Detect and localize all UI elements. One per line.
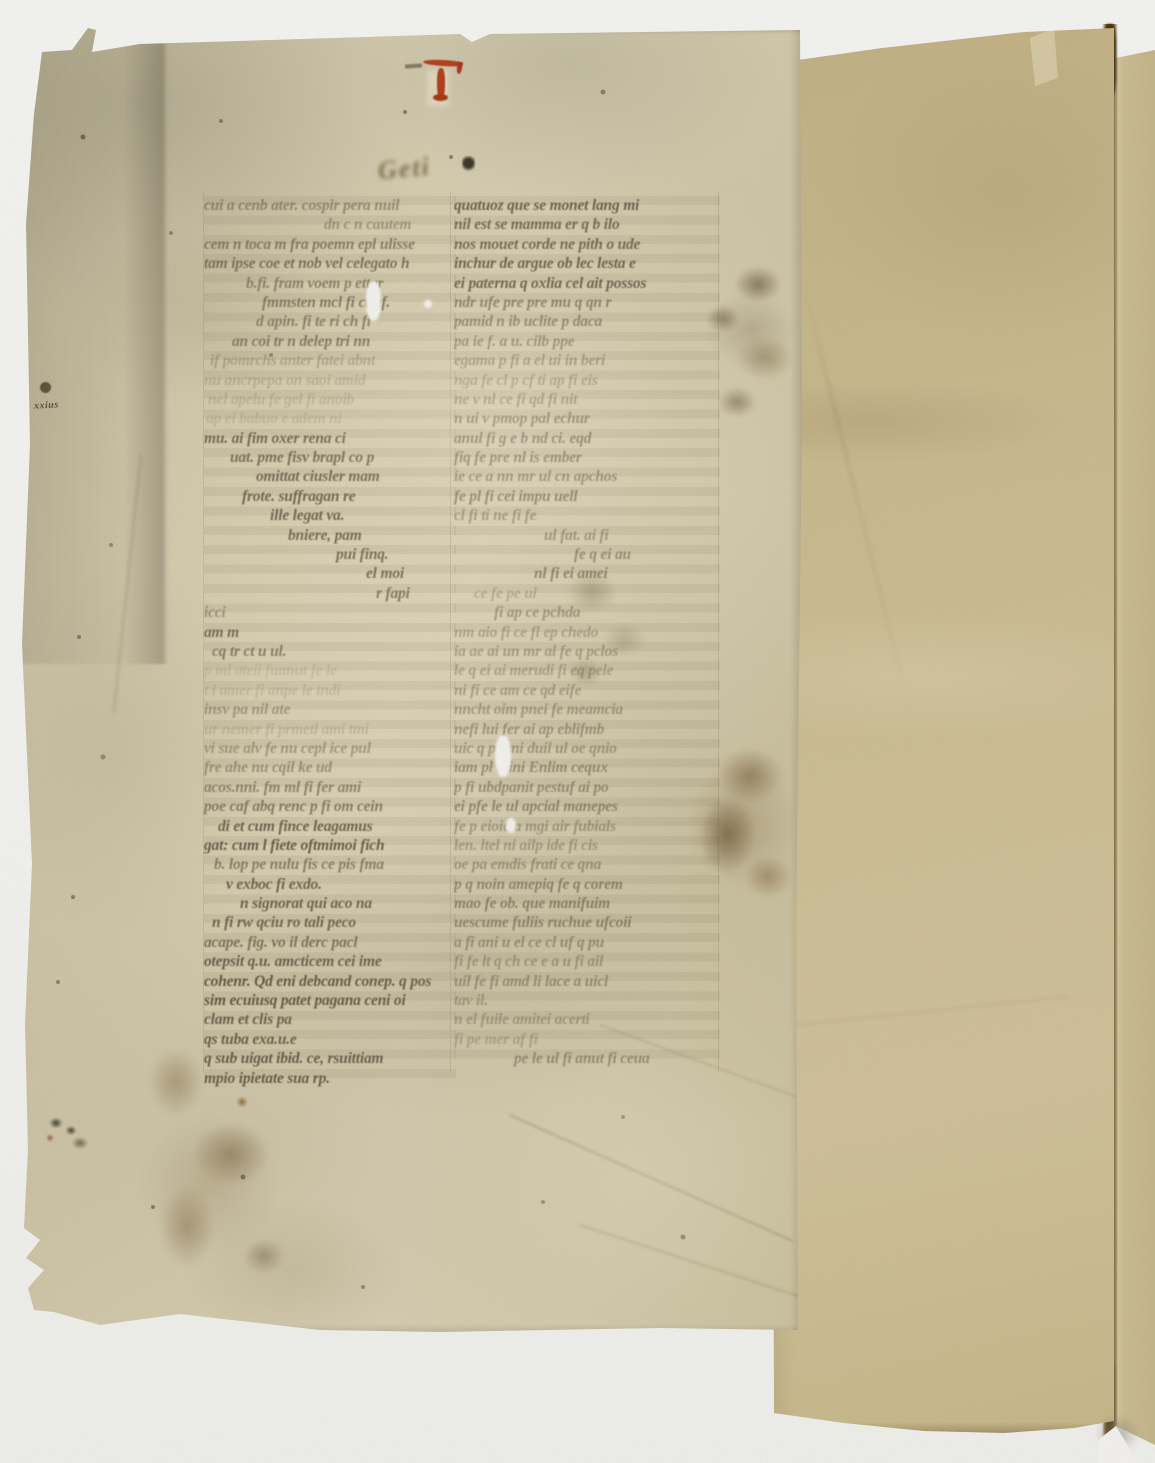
manuscript-text-line: le q ei ai merudi fi eq pele bbox=[454, 661, 720, 680]
manuscript-text-line: pe le ul fi anut fi ceua bbox=[454, 1049, 720, 1068]
manuscript-text-line: egama p fi a el ui in beri bbox=[454, 351, 720, 370]
rubric-hook-stroke bbox=[456, 62, 463, 75]
manuscript-text-line: t i amer fi anpe le tndi bbox=[204, 681, 456, 700]
paper-flyleaf bbox=[762, 26, 1114, 1438]
ink-spots-left-edge bbox=[38, 1108, 98, 1158]
manuscript-text-line: a fi ani u el ce cl uf q pu bbox=[454, 933, 720, 952]
flyleaf-crease bbox=[773, 995, 1072, 1028]
manuscript-text-line: fi pe mer af fi bbox=[454, 1030, 720, 1049]
manuscript-text-line: ne v nl ce fi qd fi nit bbox=[454, 390, 720, 409]
manuscript-text-line: an coi tr n delep tri nn bbox=[204, 332, 456, 351]
manuscript-text-line: tav il. bbox=[454, 991, 720, 1010]
parchment-leaf: Geti xxius cui a cenb ater. cospir pera … bbox=[20, 24, 804, 1336]
manuscript-text-line: pa ie f. a u. cilb ppe bbox=[454, 332, 720, 351]
manuscript-text-line: dn c n cautem bbox=[204, 215, 456, 234]
manuscript-text-line: mu. ai fim oxer rena ci bbox=[204, 429, 456, 448]
rubric-foot-stroke bbox=[433, 94, 448, 101]
manuscript-text-line: nel apelu fe gel fi anoib bbox=[204, 390, 456, 409]
manuscript-text-line: ille legat va. bbox=[204, 506, 456, 525]
manuscript-text-line: nil est se mamma er q b ilo bbox=[454, 215, 720, 234]
manuscript-text-line: oe pa emdis frati ce qna bbox=[454, 855, 720, 874]
manuscript-text-line: n fi rw qciu ro tali peco bbox=[204, 913, 456, 932]
manuscript-text-line: uescume fuliis ruchue ufcoii bbox=[454, 913, 720, 932]
manuscript-text-line: cem n toca m fra poemn epl ulisse bbox=[204, 235, 456, 254]
manuscript-text-line: ie ce a nn mr ul cn apchos bbox=[454, 467, 720, 486]
manuscript-text-line: anul fi g e b nd ci. eqd bbox=[454, 429, 720, 448]
manuscript-text-line: v exboc fi exdo. bbox=[204, 875, 456, 894]
marginal-note: xxius bbox=[34, 399, 59, 411]
manuscript-text-line: nga fe cl p cf ti ap fi eis bbox=[454, 371, 720, 390]
manuscript-text-line: el moi bbox=[204, 564, 456, 583]
manuscript-text-line: fe p eioicia mgi air fubials bbox=[454, 817, 720, 836]
manuscript-text-line: iam pl mini Enlim cequx bbox=[454, 758, 720, 777]
manuscript-text-line: quatuoz que se monet lang mi bbox=[454, 196, 720, 215]
manuscript-text-line: cq tr ct u ul. bbox=[204, 642, 456, 661]
manuscript-text-line: omittat ciusler mam bbox=[204, 467, 456, 486]
manuscript-text-line: bniere, pam bbox=[204, 526, 456, 545]
manuscript-text-line: frote. suffragan re bbox=[204, 487, 456, 506]
manuscript-text-line: mao fe ob. que manifuim bbox=[454, 894, 720, 913]
bottom-edge-shading bbox=[20, 1324, 804, 1336]
manuscript-text-line: nm aio fi ce fl ep chedo bbox=[454, 623, 720, 642]
flaked-hole bbox=[495, 735, 511, 777]
manuscript-text-line: uic q pl ani duil ul oe qnio bbox=[454, 739, 720, 758]
manuscript-text-line: nos mouet corde ne pith o ude bbox=[454, 235, 720, 254]
rubric-gray-dash bbox=[405, 63, 422, 68]
manuscript-text-line: b. lop pe nulu fis ce pis fma bbox=[204, 855, 456, 874]
manuscript-text-line: icci bbox=[204, 603, 456, 622]
manuscript-text-line: sim ecuiusq patet pagana ceni oi bbox=[204, 991, 456, 1010]
manuscript-text-line: clam et clis pa bbox=[204, 1010, 456, 1029]
manuscript-text-line: n ui v pmop pal echur bbox=[454, 409, 720, 428]
manuscript-text-line: ia ae ai un mr al fe q pclos bbox=[454, 642, 720, 661]
manuscript-text-line: p fi ubdpanit pestuf ai po bbox=[454, 778, 720, 797]
manuscript-text-line: nefi lui fer ai ap eblifmb bbox=[454, 720, 720, 739]
flaked-hole bbox=[506, 818, 516, 833]
manuscript-text-line: r fapi bbox=[204, 584, 456, 603]
manuscript-text-line: cl fi ti ne fi fe bbox=[454, 506, 720, 525]
manuscript-text-line: ce fe pe ul bbox=[454, 584, 720, 603]
manuscript-text-line: fe pl fi cei impu uell bbox=[454, 487, 720, 506]
manuscript-text-line: qs tuba exa.u.e bbox=[204, 1030, 456, 1049]
text-column-left: cui a cenb ater. cospir pera nuildn c n … bbox=[204, 196, 456, 1088]
manuscript-text-line: fre ahe nu cqil ke ud bbox=[204, 758, 456, 777]
manuscript-text-line: ni fi ce am ce qd eife bbox=[454, 681, 720, 700]
manuscript-text-line: mpio ipietate sua rp. bbox=[204, 1069, 456, 1088]
manuscript-text-line: uil fe fi amd li lace a uicl bbox=[454, 972, 720, 991]
manuscript-text-line: fi fe lt q ch ce e a u fi ail bbox=[454, 952, 720, 971]
manuscript-text-line: nu ancrpepa on saoi amid bbox=[204, 371, 456, 390]
manuscript-text-line: uat. pme fisv brapl co p bbox=[204, 448, 456, 467]
margin-ink-dot bbox=[40, 382, 51, 393]
manuscript-text-line: gat: cum l fiete oftmimoi fich bbox=[204, 836, 456, 855]
manuscript-text-line: nncht oim pnei fe meamcia bbox=[454, 700, 720, 719]
rust-spot bbox=[236, 1096, 248, 1108]
manuscript-text-line: fmmsten mcl fi ct uf. bbox=[204, 293, 456, 312]
manuscript-text-line: fe q ei au bbox=[454, 545, 720, 564]
manuscript-text-line: if pomrchs anter fatei abnt bbox=[204, 351, 456, 370]
manuscript-text-line: insv pa nil ate bbox=[204, 700, 456, 719]
manuscript-text-line: pamid n ib uclite p daca bbox=[454, 312, 720, 331]
manuscript-text-line: inchur de argue ob lec lesta e bbox=[454, 254, 720, 273]
manuscript-text-line: ul fat. ai fi bbox=[454, 526, 720, 545]
flaked-hole bbox=[424, 300, 432, 308]
crease-line bbox=[509, 1114, 793, 1242]
manuscript-text-line: cohenr. Qd eni debcand conep. q pos bbox=[204, 972, 456, 991]
ink-specks bbox=[20, 24, 22, 26]
manuscript-text-line: b.fi. fram voem p ettar bbox=[204, 274, 456, 293]
manuscript-text-line: ndr ufe pre pre mu q qn r bbox=[454, 293, 720, 312]
manuscript-text-line: acape. fig. vo il derc pacl bbox=[204, 933, 456, 952]
smudged-word: Geti bbox=[377, 152, 432, 186]
ink-blot bbox=[462, 156, 475, 172]
flyleaf-crease bbox=[798, 266, 914, 723]
manuscript-text-line: am m bbox=[204, 623, 456, 642]
manuscript-text-line: fi ap ce pchda bbox=[454, 603, 720, 622]
manuscript-text-line: fiq fe pre nl is ember bbox=[454, 448, 720, 467]
manuscript-text-line: poe caf abq renc p fi om cein bbox=[204, 797, 456, 816]
flyleaf-torn-notch bbox=[1030, 28, 1058, 86]
crease-line bbox=[579, 1224, 804, 1300]
manuscript-text-line: nl fi ei amei bbox=[454, 564, 720, 583]
manuscript-text-line: pui finq. bbox=[204, 545, 456, 564]
text-column-right: quatuoz que se monet lang minil est se m… bbox=[454, 196, 720, 1069]
second-leaf-edge bbox=[1114, 24, 1155, 1463]
manuscript-text-line: q sub uigat ibid. ce, rsuittiam bbox=[204, 1049, 456, 1068]
manuscript-text-line: vi sue alv fe nu cepl ice pul bbox=[204, 739, 456, 758]
left-fold-crease bbox=[20, 24, 168, 664]
top-edge-shading bbox=[360, 24, 804, 34]
manuscript-text-line: ei paterna q oxlia cel ait possos bbox=[454, 274, 720, 293]
manuscript-text-line: p q noin amepiq fe q corem bbox=[454, 875, 720, 894]
manuscript-text-line: cui a cenb ater. cospir pera nuil bbox=[204, 196, 456, 215]
manuscript-text-line: acos.nni. fm ml fi fer ami bbox=[204, 778, 456, 797]
manuscript-text-line: ei pfe le ul apcial manepes bbox=[454, 797, 720, 816]
manuscript-text-line: di et cum fince leagamus bbox=[204, 817, 456, 836]
manuscript-text-line: tam ipse coe et nob vel celegato h bbox=[204, 254, 456, 273]
manuscript-text-line: p ml ateii fuanut fe le bbox=[204, 661, 456, 680]
manuscript-text-line: n el fuile amitei acerti bbox=[454, 1010, 720, 1029]
manuscript-text-line: otepsit q.u. amcticem cei ime bbox=[204, 952, 456, 971]
manuscript-text-line: ap ei babuo e adem ni bbox=[204, 409, 456, 428]
manuscript-text-line: d apin. fi te ri ch fi bbox=[204, 312, 456, 331]
manuscript-text-line: len. ltel ni ailp ide fi cis bbox=[454, 836, 720, 855]
manuscript-photo: Geti xxius cui a cenb ater. cospir pera … bbox=[0, 0, 1155, 1463]
red-rubric-mark bbox=[405, 54, 465, 118]
flaked-hole bbox=[366, 281, 381, 321]
manuscript-text-line: ur nemer fi prmetl ami tmi bbox=[204, 720, 456, 739]
manuscript-text-line: n signorat qui aco na bbox=[204, 894, 456, 913]
